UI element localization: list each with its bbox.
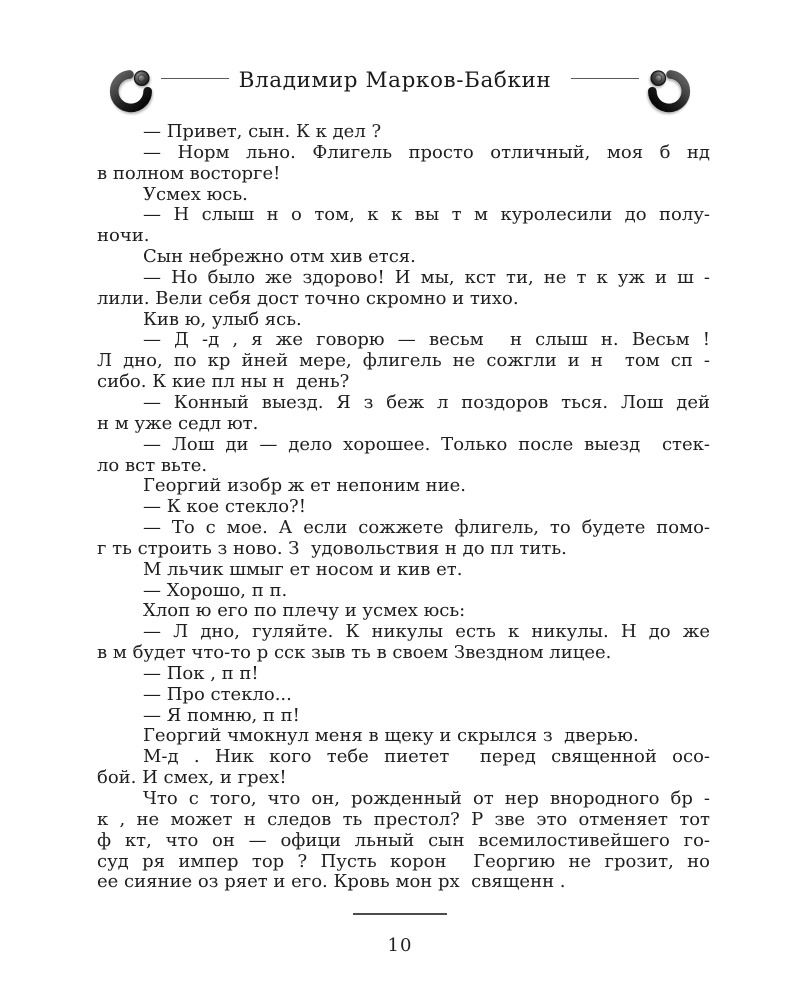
text-line: — Но было же здорово! И мы, кст ти, не т…: [97, 268, 710, 289]
text-line: Что с того, что он, рожденный от нер вно…: [97, 789, 710, 810]
text-line: — Конный выезд. Я з беж л поздоров ться.…: [97, 393, 710, 414]
book-author-title: Владимир Марков-Бабкин: [239, 62, 552, 93]
header-rule-right: [571, 78, 639, 79]
text-line: н м уже седл ют.: [97, 414, 710, 435]
curl-ornament-icon: [105, 62, 159, 116]
text-line: — Л дно, гуляйте. К никулы есть к никулы…: [97, 622, 710, 643]
text-line: сибо. К кие пл ны н день?: [97, 372, 710, 393]
text-line: Сын небрежно отм хив ется.: [97, 247, 710, 268]
text-line: — Д -д , я же говорю — весьм н слыш н. В…: [97, 330, 710, 351]
text-line: — Пок , п п!: [97, 664, 710, 685]
page-footer: 10: [0, 913, 800, 956]
text-line: — К кое стекло?!: [97, 497, 710, 518]
text-line: ее сияние оз ряет и его. Кровь мон рх св…: [97, 872, 710, 893]
header-rule-left: [161, 78, 229, 79]
text-line: ночи.: [97, 226, 710, 247]
curl-ornament-icon: [641, 62, 695, 116]
text-line: — Я помню, п п!: [97, 706, 710, 727]
text-line: Усмех юсь.: [97, 185, 710, 206]
page-text-block: — Привет, сын. К к дел ?— Норм льно. Фли…: [97, 122, 710, 893]
text-line: М льчик шмыг ет носом и кив ет.: [97, 560, 710, 581]
text-line: к , не может н следов ть престол? Р зве …: [97, 810, 710, 831]
text-line: Кив ю, улыб ясь.: [97, 310, 710, 331]
text-line: — Н слыш н о том, к к вы т м куролесили …: [97, 205, 710, 226]
text-line: Хлоп ю его по плечу и усмех юсь:: [97, 601, 710, 622]
text-line: суд ря импер тор ? Пусть корон Георгию н…: [97, 852, 710, 873]
text-line: Георгий чмокнул меня в щеку и скрылся з …: [97, 726, 710, 747]
text-line: — Привет, сын. К к дел ?: [97, 122, 710, 143]
text-line: М-д . Ник кого тебе пиетет перед священн…: [97, 747, 710, 768]
text-line: ф кт, что он — офици льный сын всемилост…: [97, 831, 710, 852]
page-number: 10: [0, 935, 800, 956]
text-line: г ть строить з ново. З удовольствия н до…: [97, 539, 710, 560]
text-line: — То с мое. А если сожжете флигель, то б…: [97, 518, 710, 539]
text-line: в полном восторге!: [97, 164, 710, 185]
text-line: Георгий изобр ж ет непоним ние.: [97, 476, 710, 497]
footer-rule: [353, 913, 447, 915]
page-header: Владимир Марков-Бабкин: [0, 62, 800, 116]
text-line: ло вст вьте.: [97, 456, 710, 477]
text-line: Л дно, по кр йней мере, флигель не сожгл…: [97, 351, 710, 372]
text-line: бой. И смех, и грех!: [97, 768, 710, 789]
text-line: в м будет что-то р сск зыв ть в своем Зв…: [97, 643, 710, 664]
text-line: — Хорошо, п п.: [97, 581, 710, 602]
text-line: — Норм льно. Флигель просто отличный, мо…: [97, 143, 710, 164]
text-line: — Про стекло...: [97, 685, 710, 706]
text-line: — Лош ди — дело хорошее. Только после вы…: [97, 435, 710, 456]
text-line: лили. Вели себя дост точно скромно и тих…: [97, 289, 710, 310]
